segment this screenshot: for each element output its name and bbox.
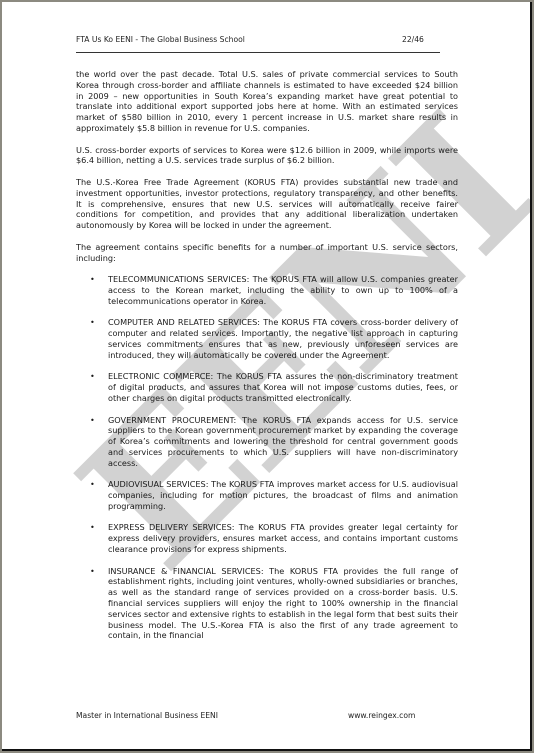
paragraph: The agreement contains specific benefits… bbox=[76, 242, 458, 264]
paragraph: U.S. cross-border exports of services to… bbox=[76, 145, 458, 167]
list-item: •INSURANCE & FINANCIAL SERVICES: The KOR… bbox=[108, 566, 458, 642]
bullet-icon: • bbox=[90, 371, 95, 382]
footer-left: Master in International Business EENI bbox=[76, 711, 218, 720]
bullet-icon: • bbox=[90, 317, 95, 328]
list-item-text: GOVERNMENT PROCUREMENT: The KORUS FTA ex… bbox=[108, 415, 458, 468]
list-item-text: EXPRESS DELIVERY SERVICES: The KORUS FTA… bbox=[108, 522, 458, 554]
bullet-icon: • bbox=[90, 479, 95, 490]
footer-link[interactable]: www.reingex.com bbox=[348, 711, 415, 720]
list-item-text: INSURANCE & FINANCIAL SERVICES: The KORU… bbox=[108, 566, 458, 641]
list-item: •AUDIOVISUAL SERVICES: The KORUS FTA imp… bbox=[108, 479, 458, 511]
page-indicator: 22/46 bbox=[402, 35, 424, 44]
sector-list: •TELECOMMUNICATIONS SERVICES: The KORUS … bbox=[76, 274, 458, 641]
list-item-text: COMPUTER AND RELATED SERVICES: The KORUS… bbox=[108, 317, 458, 359]
header-rule bbox=[76, 52, 440, 53]
bullet-icon: • bbox=[90, 566, 95, 577]
list-item: •ELECTRONIC COMMERCE: The KORUS FTA assu… bbox=[108, 371, 458, 403]
list-item: •COMPUTER AND RELATED SERVICES: The KORU… bbox=[108, 317, 458, 360]
list-item: •TELECOMMUNICATIONS SERVICES: The KORUS … bbox=[108, 274, 458, 306]
header-title: FTA Us Ko EENI - The Global Business Sch… bbox=[76, 35, 245, 44]
bullet-icon: • bbox=[90, 274, 95, 285]
paragraph: the world over the past decade. Total U.… bbox=[76, 69, 458, 134]
paragraph: The U.S.-Korea Free Trade Agreement (KOR… bbox=[76, 177, 458, 231]
bullet-icon: • bbox=[90, 415, 95, 426]
list-item-text: TELECOMMUNICATIONS SERVICES: The KORUS F… bbox=[108, 274, 458, 306]
list-item: •EXPRESS DELIVERY SERVICES: The KORUS FT… bbox=[108, 522, 458, 554]
page-body: the world over the past decade. Total U.… bbox=[76, 69, 458, 652]
bullet-icon: • bbox=[90, 522, 95, 533]
list-item-text: ELECTRONIC COMMERCE: The KORUS FTA assur… bbox=[108, 371, 458, 403]
document-page: EENI FTA Us Ko EENI - The Global Busines… bbox=[2, 2, 532, 751]
list-item: •GOVERNMENT PROCUREMENT: The KORUS FTA e… bbox=[108, 415, 458, 469]
list-item-text: AUDIOVISUAL SERVICES: The KORUS FTA impr… bbox=[108, 479, 458, 511]
